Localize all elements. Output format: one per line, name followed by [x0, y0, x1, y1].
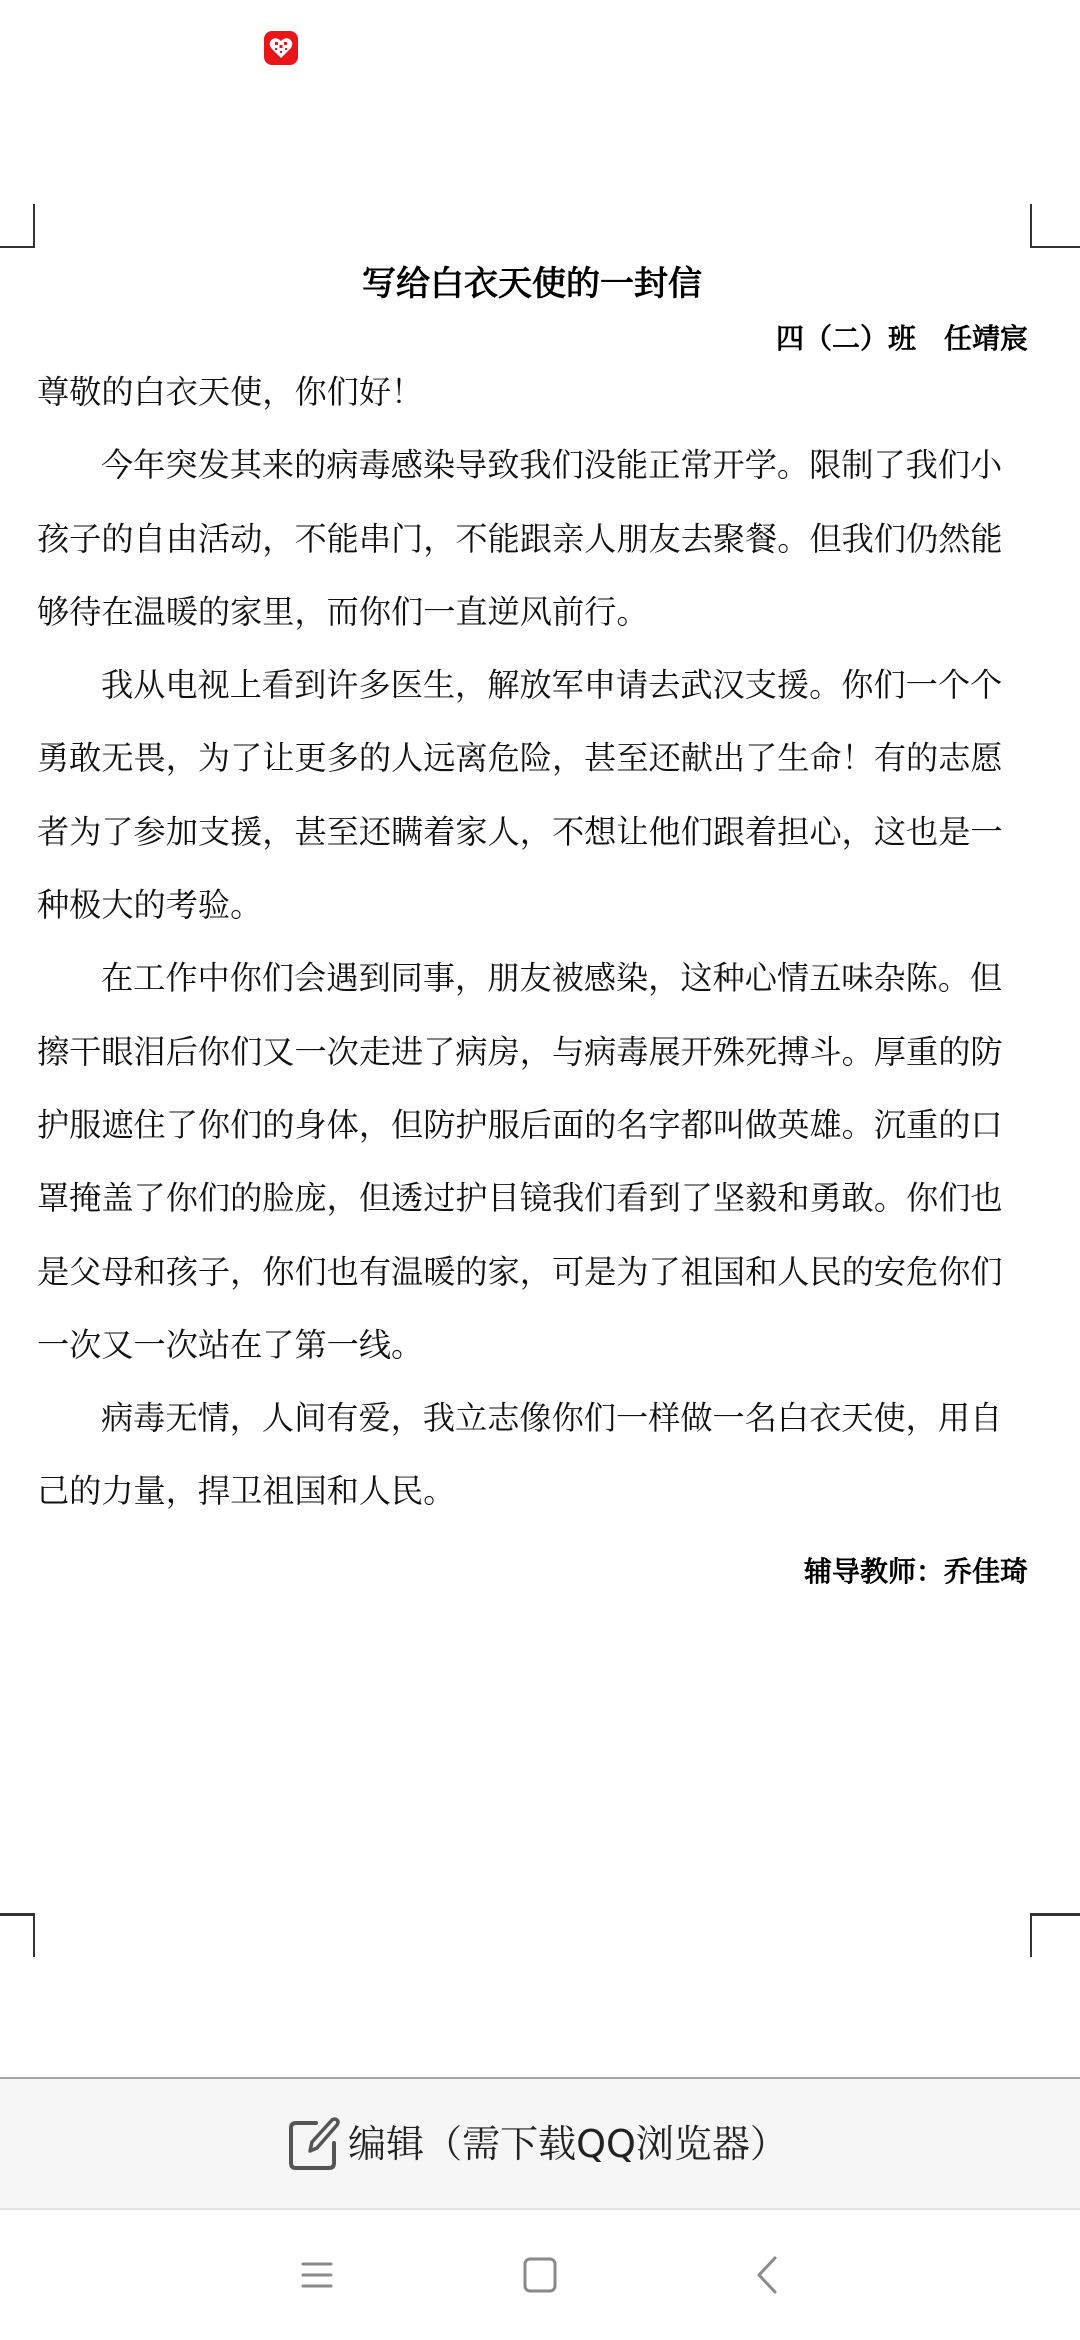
paragraph: 在工作中你们会遇到同事，朋友被感染，这种心情五味杂陈。但擦干眼泪后你们又一次走进… [37, 942, 1007, 1382]
greeting: 尊敬的白衣天使，你们好！ [37, 356, 1007, 429]
document-body: 尊敬的白衣天使，你们好！ 今年突发其来的病毒感染导致我们没能正常开学。限制了我们… [37, 356, 1007, 1529]
edit-button-label: 编辑（需下载QQ浏览器） [348, 2119, 788, 2169]
page-corner-mark-top-right [1030, 204, 1080, 248]
home-button[interactable] [510, 2250, 570, 2300]
paragraph: 我从电视上看到许多医生，解放军申请去武汉支援。你们一个个勇敢无畏，为了让更多的人… [37, 649, 1007, 942]
page-corner-mark-bottom-right [1030, 1913, 1080, 1957]
heart-icon [269, 37, 293, 59]
pinduoduo-app-icon [264, 31, 298, 65]
home-icon [523, 2257, 557, 2293]
edit-button[interactable]: 编辑（需下载QQ浏览器） [0, 2077, 1080, 2210]
page-corner-mark-top-left [0, 204, 35, 248]
status-bar [0, 0, 1080, 96]
page-corner-mark-bottom-left [0, 1913, 35, 1957]
document-title: 写给白衣天使的一封信 [0, 262, 1064, 306]
back-button[interactable] [737, 2250, 797, 2300]
paragraph: 病毒无情，人间有爱，我立志像你们一样做一名白衣天使，用自己的力量，捍卫祖国和人民… [37, 1382, 1007, 1529]
document-signature: 辅导教师：乔佳琦 [804, 1552, 1028, 1592]
edit-icon [286, 2115, 344, 2173]
paragraph: 今年突发其来的病毒感染导致我们没能正常开学。限制了我们小孩子的自由活动，不能串门… [37, 429, 1007, 649]
back-icon [755, 2256, 779, 2294]
menu-icon [301, 2261, 333, 2289]
recent-apps-button[interactable] [287, 2250, 347, 2300]
document-author: 四（二）班 任靖宸 [776, 319, 1028, 359]
edit-button-content: 编辑（需下载QQ浏览器） [286, 2115, 788, 2173]
